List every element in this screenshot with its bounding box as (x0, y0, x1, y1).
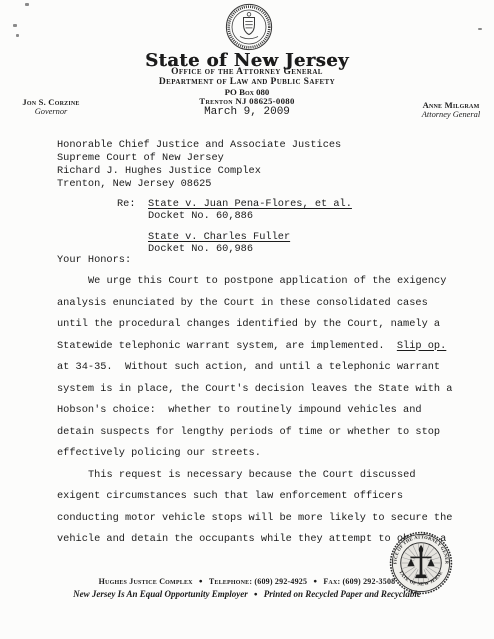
body-line: exigent circumstances such that law enfo… (57, 486, 452, 508)
body-line: until the procedural changes identified … (57, 314, 452, 336)
case-name: State v. Charles Fuller (148, 231, 352, 243)
scan-artifact (478, 28, 482, 30)
body-line: conducting motor vehicle stops will be m… (57, 508, 452, 530)
body-line: Hobson's choice: whether to routinely im… (57, 400, 452, 422)
department-line: Department of Law and Public Safety (0, 77, 494, 87)
footer-contact-line: Hughes Justice Complex●Telephone: (609) … (0, 577, 494, 586)
new-jersey-state-seal-icon (225, 3, 273, 51)
body-line: detain suspects for lengthy periods of t… (57, 422, 452, 444)
recipient-block: Honorable Chief Justice and Associate Ju… (57, 139, 341, 191)
recipient-line: Trenton, New Jersey 08625 (57, 178, 341, 191)
footer-telephone: Telephone: (609) 292-4925 (209, 577, 307, 586)
salutation: Your Honors: (57, 250, 131, 272)
case-reference: State v. Juan Pena-Flores, et al.Docket … (148, 198, 352, 222)
attorney-general-block: Anne Milgram Attorney General (416, 100, 486, 119)
footer-recycled-text: Printed on Recycled Paper and Recyclable (264, 589, 421, 599)
case-docket: Docket No. 60,886 (148, 210, 352, 222)
attorney-general-title: Attorney General (416, 110, 486, 119)
re-label: Re: (117, 198, 136, 210)
re-cases: State v. Juan Pena-Flores, et al.Docket … (148, 198, 352, 255)
scanned-letter-page: State of New Jersey Office of the Attorn… (0, 0, 494, 639)
footer-motto-line: New Jersey Is An Equal Opportunity Emplo… (0, 589, 494, 599)
body-line: effectively policing our streets. (57, 443, 452, 465)
footer-eoe-text: New Jersey Is An Equal Opportunity Emplo… (73, 589, 248, 599)
recipient-line: Richard J. Hughes Justice Complex (57, 165, 341, 178)
bullet-icon: ● (199, 578, 203, 585)
recipient-line: Honorable Chief Justice and Associate Ju… (57, 139, 341, 152)
body-line: Statewide telephonic warrant system, are… (57, 336, 452, 358)
case-docket: Docket No. 60,986 (148, 243, 352, 255)
body-line: system is in place, the Court's decision… (57, 379, 452, 401)
scan-artifact (16, 34, 19, 37)
scan-artifact (25, 3, 29, 6)
office-line: Office of the Attorney General (0, 67, 494, 77)
body-line: We urge this Court to postpone applicati… (57, 271, 452, 293)
attorney-general-name: Anne Milgram (416, 100, 486, 110)
footer-venue: Hughes Justice Complex (99, 577, 193, 586)
recipient-line: Supreme Court of New Jersey (57, 152, 341, 165)
governor-name: Jon S. Corzine (16, 97, 86, 107)
footer-fax: Fax: (609) 292-3508 (323, 577, 395, 586)
bullet-icon: ● (313, 578, 317, 585)
governor-block: Jon S. Corzine Governor (16, 97, 86, 116)
body-line: at 34-35. Without such action, and until… (57, 357, 452, 379)
body-line: analysis enunciated by the Court in thes… (57, 293, 452, 315)
case-reference: State v. Charles FullerDocket No. 60,986 (148, 231, 352, 255)
letter-body: We urge this Court to postpone applicati… (57, 271, 452, 551)
re-block: Re: State v. Juan Pena-Flores, et al.Doc… (117, 198, 352, 264)
body-line: This request is necessary because the Co… (57, 465, 452, 487)
case-name: State v. Juan Pena-Flores, et al. (148, 198, 352, 210)
scan-artifact (13, 24, 17, 27)
governor-title: Governor (16, 107, 86, 116)
bullet-icon: ● (254, 591, 258, 598)
